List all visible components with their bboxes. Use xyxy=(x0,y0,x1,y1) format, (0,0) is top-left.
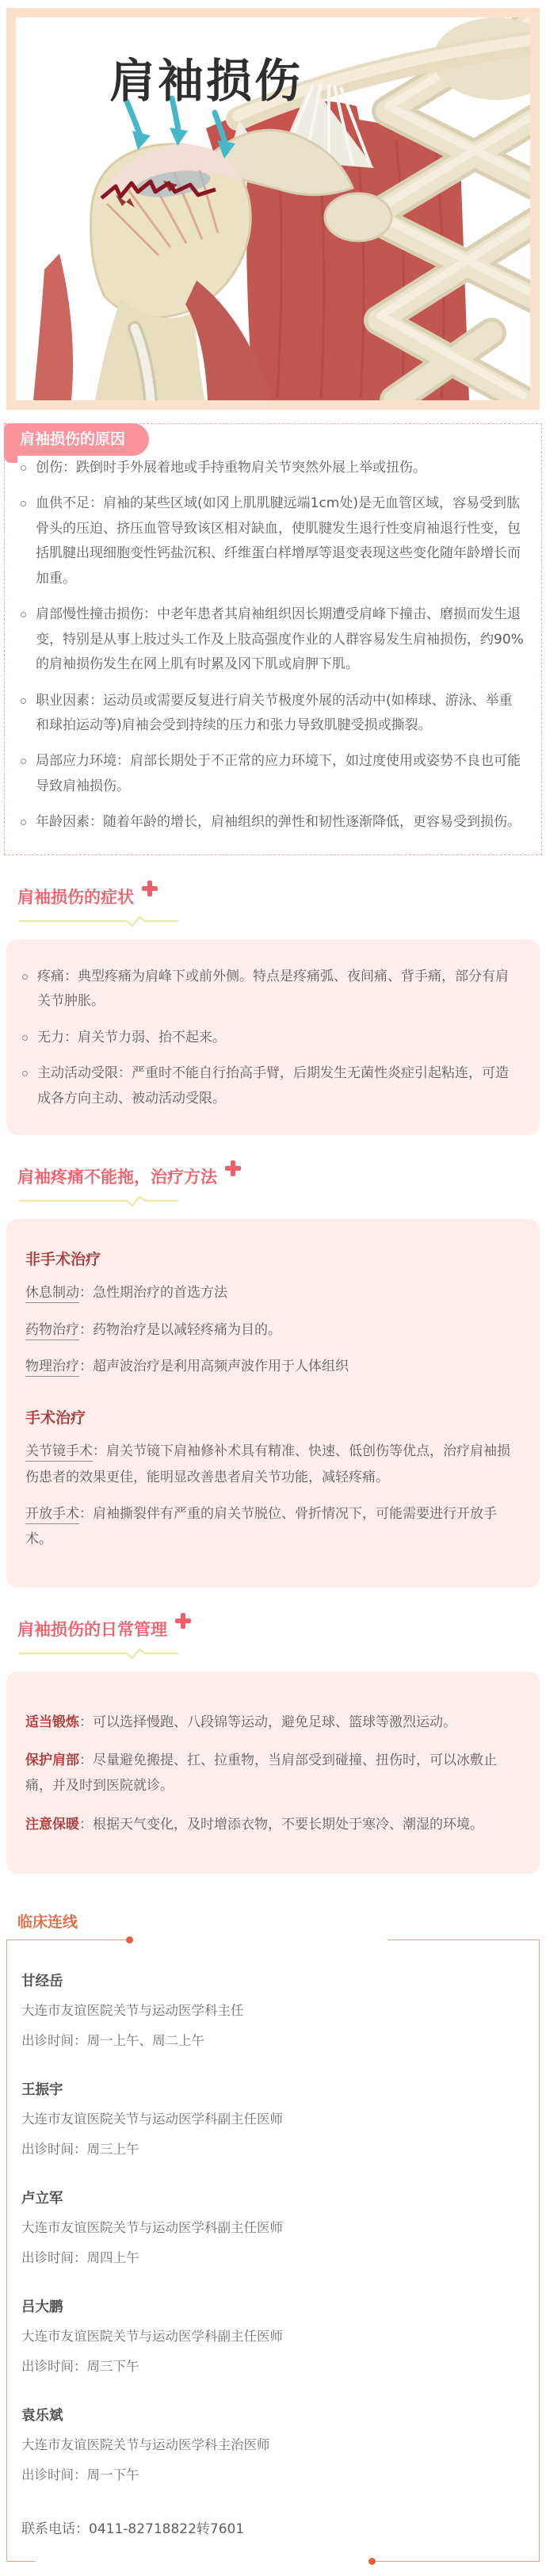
doctor-schedule: 出诊时间：周三上午 xyxy=(21,2138,523,2161)
border-dot-icon xyxy=(126,1936,133,1943)
hero-image-frame: 肩袖损伤 xyxy=(6,8,540,410)
symptoms-list: 疼痛：典型疼痛为肩峰下或前外侧。特点是疼痛弧、夜间痛、背手痛，部分有肩关节肿胀。… xyxy=(19,965,521,1111)
article-page: 肩袖损伤 肩袖损伤的原因 创伤：跌倒时手外展着地或手持重物肩关节突然外展上举或扭… xyxy=(0,8,546,2576)
doctor-schedule: 出诊时间：周三下午 xyxy=(21,2356,523,2378)
treatment-row: 开放手术：肩袖撕裂伴有严重的肩关节脱位、骨折情况下，可能需要进行开放手术。 xyxy=(25,1501,521,1553)
treatment-desc: ：肩袖撕裂伴有严重的肩关节脱位、骨折情况下，可能需要进行开放手术。 xyxy=(25,1506,497,1547)
contact-phone: 联系电话：0411-82718822转7601 xyxy=(21,2517,523,2537)
treatment-desc: ：肩关节镜下肩袖修补术具有精准、快速、低创伤等优点，治疗肩袖损伤患者的效果更佳，… xyxy=(25,1443,510,1485)
daily-rows: 适当锻炼：可以选择慢跑、八段锦等运动，避免足球、篮球等激烈运动。 保护肩部：尽量… xyxy=(25,1710,521,1837)
bullet-circle-icon xyxy=(21,820,26,825)
doctor-entry: 卢立军 大连市友谊医院关节与运动医学科副主任医师 出诊时间：周四上午 xyxy=(21,2188,523,2269)
doctor-title: 大连市友谊医院关节与运动医学科主任 xyxy=(21,2000,523,2022)
treatment-desc: ：超声波治疗是利用高频声波作用于人体组织 xyxy=(79,1359,349,1374)
treatment-desc: ：药物治疗是以减轻疼痛为目的。 xyxy=(79,1322,281,1338)
daily-row: 注意保暖：根据天气变化，及时增添衣物，不要长期处于寒冷、潮湿的环境。 xyxy=(25,1812,521,1837)
list-item: 无力：肩关节力弱、抬不起来。 xyxy=(19,1026,521,1050)
list-item: 年龄因素：随着年龄的增长，肩袖组织的弹性和韧性逐渐降低，更容易受到损伤。 xyxy=(17,810,524,835)
doctor-title: 大连市友谊医院关节与运动医学科副主任医师 xyxy=(21,2108,523,2131)
list-item: 创伤：跌倒时手外展着地或手持重物肩关节突然外展上举或扭伤。 xyxy=(17,456,524,480)
doctor-schedule: 出诊时间：周四上午 xyxy=(21,2247,523,2269)
treatment-group-title: 非手术治疗 xyxy=(25,1248,521,1269)
treatment-term: 休息制动 xyxy=(25,1285,79,1303)
doctor-entry: 甘经岳 大连市友谊医院关节与运动医学科主任 出诊时间：周一上午、周二上午 xyxy=(21,1970,523,2052)
list-item: 职业因素：运动员或需要反复进行肩关节极度外展的活动中(如棒球、游泳、举重和球拍运… xyxy=(17,689,524,739)
treatment-term: 开放手术 xyxy=(25,1506,79,1524)
list-item: 疼痛：典型疼痛为肩峰下或前外侧。特点是疼痛弧、夜间痛、背手痛，部分有肩关节肿胀。 xyxy=(19,965,521,1015)
doctor-schedule: 出诊时间：周一上午、周二上午 xyxy=(21,2030,523,2052)
treatment-group-rows: 关节镜手术：肩关节镜下肩袖修补术具有精准、快速、低创伤等优点，治疗肩袖损伤患者的… xyxy=(25,1439,521,1552)
treatment-row: 关节镜手术：肩关节镜下肩袖修补术具有精准、快速、低创伤等优点，治疗肩袖损伤患者的… xyxy=(25,1439,521,1490)
treatment-section: 非手术治疗 休息制动：急性期治疗的首选方法 药物治疗：药物治疗是以减轻疼痛为目的… xyxy=(6,1219,540,1587)
clinic-box: 甘经岳 大连市友谊医院关节与运动医学科主任 出诊时间：周一上午、周二上午 王振宇… xyxy=(6,1940,540,2561)
bullet-circle-icon xyxy=(21,759,26,764)
clinic-section: 临床连线 甘经岳 大连市友谊医院关节与运动医学科主任 出诊时间：周一上午、周二上… xyxy=(6,1910,540,2561)
bullet-circle-icon xyxy=(21,698,26,704)
treatment-row: 物理治疗：超声波治疗是利用高频声波作用于人体组织 xyxy=(25,1354,521,1379)
treatment-group-title: 手术治疗 xyxy=(25,1406,521,1428)
doctor-list: 甘经岳 大连市友谊医院关节与运动医学科主任 出诊时间：周一上午、周二上午 王振宇… xyxy=(21,1970,523,2486)
border-gap-bottom xyxy=(36,2560,368,2562)
doctor-name: 吕大鹏 xyxy=(21,2296,523,2316)
treatment-group-rows: 休息制动：急性期治疗的首选方法 药物治疗：药物治疗是以减轻疼痛为目的。 物理治疗… xyxy=(25,1280,521,1379)
causes-list: 创伤：跌倒时手外展着地或手持重物肩关节突然外展上举或扭伤。 血供不足：肩袖的某些… xyxy=(17,456,524,835)
section-title: 肩袖损伤的症状 xyxy=(17,887,134,908)
doctor-entry: 王振宇 大连市友谊医院关节与运动医学科副主任医师 出诊时间：周三上午 xyxy=(21,2079,523,2161)
clinic-heading: 临床连线 xyxy=(17,1910,540,1932)
list-item-text: 主动活动受限：严重时不能自行抬高手臂，后期发生无菌性炎症引起粘连，可造成各方向主… xyxy=(37,1061,521,1111)
heartbeat-underline-icon xyxy=(17,1195,180,1206)
list-item-text: 无力：肩关节力弱、抬不起来。 xyxy=(37,1026,226,1050)
heartbeat-underline-icon xyxy=(17,915,180,927)
doctor-entry: 吕大鹏 大连市友谊医院关节与运动医学科副主任医师 出诊时间：周三下午 xyxy=(21,2296,523,2378)
plus-icon xyxy=(175,1613,191,1629)
plus-icon xyxy=(225,1160,241,1176)
daily-term: 适当锻炼 xyxy=(25,1714,79,1730)
list-item: 局部应力环境：肩部长期处于不正常的应力环境下，如过度使用或姿势不良也可能导致肩袖… xyxy=(17,749,524,799)
list-item-text: 创伤：跌倒时手外展着地或手持重物肩关节突然外展上举或扭伤。 xyxy=(36,456,426,480)
list-item: 主动活动受限：严重时不能自行抬高手臂，后期发生无菌性炎症引起粘连，可造成各方向主… xyxy=(19,1061,521,1111)
plus-icon xyxy=(142,881,158,896)
doctor-name: 袁乐斌 xyxy=(21,2405,523,2425)
shoulder-anatomy-illustration: 肩袖损伤 xyxy=(16,17,530,400)
list-item: 血供不足：肩袖的某些区域(如冈上肌肌腱远端1cm处)是无血管区域，容易受到肱骨头… xyxy=(17,491,524,591)
treatment-term: 药物治疗 xyxy=(25,1322,79,1340)
bullet-circle-icon xyxy=(22,1035,28,1041)
list-item-text: 血供不足：肩袖的某些区域(如冈上肌肌腱远端1cm处)是无血管区域，容易受到肱骨头… xyxy=(36,491,524,591)
causes-badge: 肩袖损伤的原因 xyxy=(4,423,149,456)
doctor-title: 大连市友谊医院关节与运动医学科主治医师 xyxy=(21,2434,523,2456)
daily-term: 保护肩部 xyxy=(25,1752,79,1768)
border-gap-top xyxy=(132,1940,388,1941)
daily-row: 适当锻炼：可以选择慢跑、八段锦等运动，避免足球、篮球等激烈运动。 xyxy=(25,1710,521,1735)
doctor-title: 大连市友谊医院关节与运动医学科副主任医师 xyxy=(21,2217,523,2239)
doctor-entry: 袁乐斌 大连市友谊医院关节与运动医学科主治医师 出诊时间：周一下午 xyxy=(21,2405,523,2486)
daily-desc: ：可以选择慢跑、八段锦等运动，避免足球、篮球等激烈运动。 xyxy=(79,1714,456,1730)
daily-heading: 肩袖损伤的日常管理 xyxy=(17,1619,546,1659)
doctor-name: 王振宇 xyxy=(21,2079,523,2099)
list-item-text: 年龄因素：随着年龄的增长，肩袖组织的弹性和韧性逐渐降低，更容易受到损伤。 xyxy=(36,810,521,835)
list-item-text: 局部应力环境：肩部长期处于不正常的应力环境下，如过度使用或姿势不良也可能导致肩袖… xyxy=(36,749,524,799)
causes-box: 创伤：跌倒时手外展着地或手持重物肩关节突然外展上举或扭伤。 血供不足：肩袖的某些… xyxy=(4,423,542,855)
list-item-text: 职业因素：运动员或需要反复进行肩关节极度外展的活动中(如棒球、游泳、举重和球拍运… xyxy=(36,689,524,739)
treatment-term: 物理治疗 xyxy=(25,1359,79,1377)
treatment-row: 休息制动：急性期治疗的首选方法 xyxy=(25,1280,521,1305)
daily-box: 适当锻炼：可以选择慢跑、八段锦等运动，避免足球、篮球等激烈运动。 保护肩部：尽量… xyxy=(6,1672,540,1874)
list-item-text: 疼痛：典型疼痛为肩峰下或前外侧。特点是疼痛弧、夜间痛、背手痛，部分有肩关节肿胀。 xyxy=(37,965,521,1015)
bullet-circle-icon xyxy=(22,974,28,980)
daily-section: 适当锻炼：可以选择慢跑、八段锦等运动，避免足球、篮球等激烈运动。 保护肩部：尽量… xyxy=(6,1672,540,1874)
daily-row: 保护肩部：尽量避免搬提、扛、拉重物，当肩部受到碰撞、扭伤时，可以冰敷止痛，并及时… xyxy=(25,1748,521,1799)
daily-term: 注意保暖 xyxy=(25,1817,79,1833)
symptoms-box: 疼痛：典型疼痛为肩峰下或前外侧。特点是疼痛弧、夜间痛、背手痛，部分有肩关节肿胀。… xyxy=(6,939,540,1135)
bullet-circle-icon xyxy=(21,612,26,617)
doctor-title: 大连市友谊医院关节与运动医学科副主任医师 xyxy=(21,2326,523,2348)
section-causes: 肩袖损伤的原因 创伤：跌倒时手外展着地或手持重物肩关节突然外展上举或扭伤。 血供… xyxy=(4,423,542,855)
treatment-heading: 肩袖疼痛不能拖，治疗方法 xyxy=(17,1167,546,1206)
shoulder-anatomy-svg: 肩袖损伤 xyxy=(16,17,530,400)
bullet-circle-icon xyxy=(21,465,26,471)
list-item: 肩部慢性撞击损伤：中老年患者其肩袖组织因长期遭受肩峰下撞击、磨损而发生退变，特别… xyxy=(17,602,524,677)
daily-desc: ：尽量避免搬提、扛、拉重物，当肩部受到碰撞、扭伤时，可以冰敷止痛，并及时到医院就… xyxy=(25,1752,497,1794)
daily-desc: ：根据天气变化，及时增添衣物，不要长期处于寒冷、潮湿的环境。 xyxy=(79,1817,483,1833)
symptoms-section: 疼痛：典型疼痛为肩峰下或前外侧。特点是疼痛弧、夜间痛、背手痛，部分有肩关节肿胀。… xyxy=(6,939,540,1135)
symptoms-heading: 肩袖损伤的症状 xyxy=(17,887,546,927)
doctor-schedule: 出诊时间：周一下午 xyxy=(21,2464,523,2486)
doctor-name: 卢立军 xyxy=(21,2188,523,2207)
treatment-box: 非手术治疗 休息制动：急性期治疗的首选方法 药物治疗：药物治疗是以减轻疼痛为目的… xyxy=(6,1219,540,1587)
section-title: 肩袖损伤的日常管理 xyxy=(17,1619,167,1641)
treatment-row: 药物治疗：药物治疗是以减轻疼痛为目的。 xyxy=(25,1317,521,1343)
heartbeat-underline-icon xyxy=(17,1648,180,1659)
bullet-circle-icon xyxy=(21,501,26,506)
border-dot-icon xyxy=(368,2558,376,2565)
section-title: 肩袖疼痛不能拖，治疗方法 xyxy=(17,1167,217,1188)
treatment-desc: ：急性期治疗的首选方法 xyxy=(79,1285,227,1301)
coracoid-bone xyxy=(325,193,391,241)
bullet-circle-icon xyxy=(22,1071,28,1076)
treatment-term: 关节镜手术 xyxy=(25,1443,93,1462)
list-item-text: 肩部慢性撞击损伤：中老年患者其肩袖组织因长期遭受肩峰下撞击、磨损而发生退变，特别… xyxy=(36,602,524,677)
illustration-title: 肩袖损伤 xyxy=(109,54,303,108)
doctor-name: 甘经岳 xyxy=(21,1970,523,1990)
